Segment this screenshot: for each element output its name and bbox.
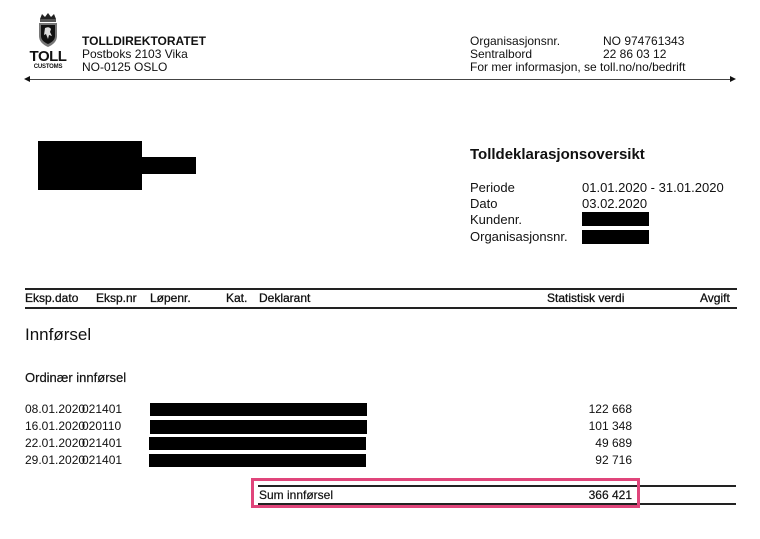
row-date: 29.01.2020 xyxy=(25,454,85,467)
toll-customs-logo: TOLL CUSTOMS xyxy=(28,12,68,74)
table-header-bottom-rule xyxy=(25,307,737,309)
section-title-innforsel: Innførsel xyxy=(25,325,91,344)
declarant-redacted xyxy=(149,437,366,450)
col-eksp-dato: Eksp.dato xyxy=(25,292,78,305)
header-divider xyxy=(30,79,730,80)
redaction-block xyxy=(142,157,196,174)
row-date: 08.01.2020 xyxy=(25,403,85,416)
row-value: 122 668 xyxy=(540,403,632,416)
row-eksp-nr: 021401 xyxy=(82,403,122,416)
table-header-top-rule xyxy=(25,288,737,290)
col-deklarant: Deklarant xyxy=(259,292,310,305)
contact-info-text: For mer informasjon, se toll.no/no/bedri… xyxy=(470,61,685,74)
period-value: 01.01.2020 - 31.01.2020 xyxy=(582,180,724,195)
date-value: 03.02.2020 xyxy=(582,196,647,211)
sender-address-line2: NO-0125 OSLO xyxy=(82,61,167,74)
row-date: 22.01.2020 xyxy=(25,437,85,450)
declarant-redacted xyxy=(150,420,367,434)
customer-number-redacted xyxy=(582,212,649,226)
col-kat: Kat. xyxy=(226,292,247,305)
row-value: 92 716 xyxy=(540,454,632,467)
redaction-block xyxy=(38,141,142,190)
customer-number-label: Kundenr. xyxy=(470,212,522,227)
declarant-redacted xyxy=(149,454,366,467)
row-eksp-nr: 020110 xyxy=(82,420,121,433)
col-statistisk-verdi: Statistisk verdi xyxy=(547,292,624,305)
col-lopenr: Løpenr. xyxy=(150,292,191,305)
col-avgift: Avgift xyxy=(700,292,730,305)
subsection-title-ordinaer: Ordinær innførsel xyxy=(25,370,126,385)
period-label: Periode xyxy=(470,180,515,195)
row-eksp-nr: 021401 xyxy=(82,454,122,467)
row-value: 49 689 xyxy=(540,437,632,450)
date-label: Dato xyxy=(470,196,497,211)
logo-wordmark: TOLL xyxy=(28,49,68,64)
declarant-redacted xyxy=(150,403,367,416)
org-number-label: Organisasjonsnr. xyxy=(470,229,568,244)
document-title: Tolldeklarasjonsoversikt xyxy=(470,146,645,163)
org-number-redacted xyxy=(582,230,649,244)
sum-highlight-box xyxy=(251,478,640,508)
row-date: 16.01.2020 xyxy=(25,420,85,433)
arrow-right-icon xyxy=(730,76,736,82)
col-eksp-nr: Eksp.nr xyxy=(96,292,137,305)
logo-subtitle: CUSTOMS xyxy=(28,64,68,71)
row-value: 101 348 xyxy=(540,420,632,433)
row-eksp-nr: 021401 xyxy=(82,437,122,450)
coat-of-arms-lion-crest-icon xyxy=(36,12,60,48)
